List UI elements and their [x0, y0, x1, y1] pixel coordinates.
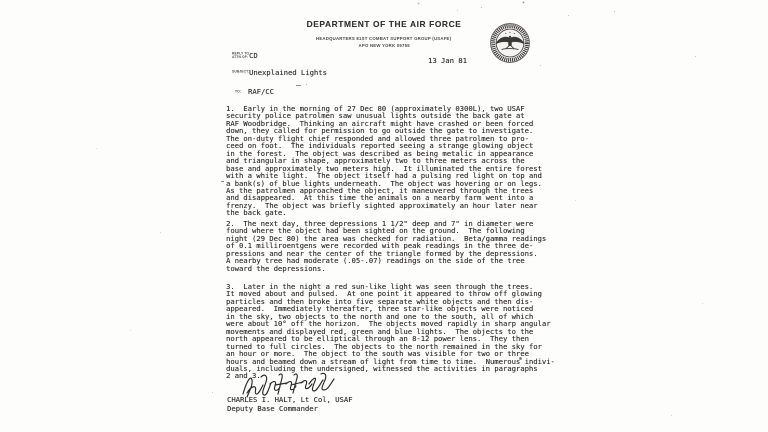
paragraph-2: 2. The next day, three depressions 1 1/2… [226, 220, 546, 272]
to-label: TO: [235, 90, 241, 94]
scan-noise-dash [221, 181, 224, 182]
memo-page: DEPARTMENT OF THE AIR FORCE HEADQUARTERS… [0, 0, 768, 432]
paragraph-3: 3. Later in the night a red sun-like lig… [226, 283, 555, 380]
subject-value: Unexplained Lights [249, 69, 327, 76]
to-value: RAF/CC [248, 88, 274, 95]
letterhead-address: APO NEW YORK 09755 [358, 43, 409, 48]
scan-noise-dash [296, 85, 301, 86]
scan-noise-specks [0, 0, 1, 1]
air-force-seal-icon [489, 22, 531, 64]
reply-to-attn-of-label: REPLY TO ATTN OF: [232, 52, 249, 59]
letterhead-address-row: APO NEW YORK 09755 [0, 35, 768, 54]
paragraph-1: 1. Early in the morning of 27 Dec 80 (ap… [226, 105, 542, 217]
signature-name: CHARLES I. HALT, Lt Col, USAF [227, 396, 353, 403]
signature-title: Deputy Base Commander [227, 405, 318, 412]
memo-date: 13 Jan 81 [428, 57, 467, 64]
office-symbol: CD [249, 52, 258, 59]
subject-label: SUBJECT: [232, 70, 249, 74]
